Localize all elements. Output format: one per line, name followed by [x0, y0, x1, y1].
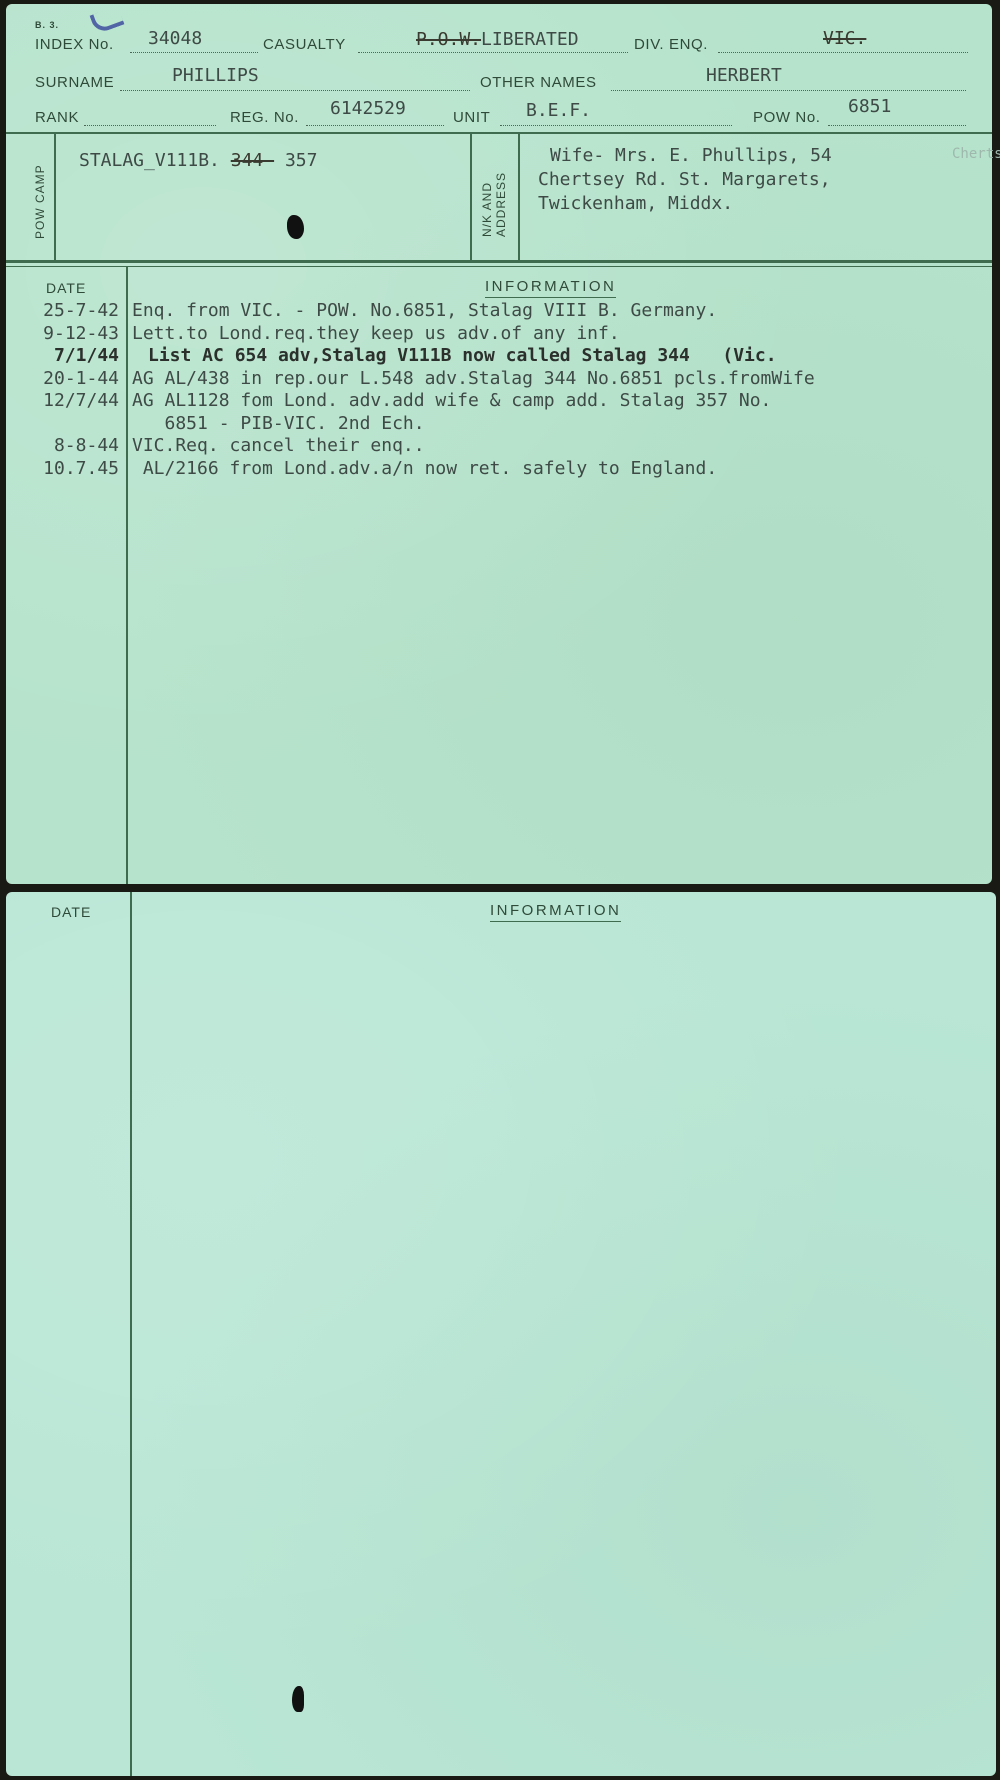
log-info: Lett.to Lond.req.they keep us adv.of any… — [132, 323, 620, 344]
log-date: 7/1/44 — [6, 345, 119, 366]
pow-no-dots — [828, 125, 966, 126]
pow-camp-label-divider — [54, 134, 56, 260]
index-value: 34048 — [148, 28, 202, 49]
casualty-struck: P.O.W. — [416, 29, 481, 50]
pow-no-label: POW No. — [753, 109, 821, 126]
date-column-divider-back — [130, 892, 132, 1776]
nok-label-line2: ADDRESS — [494, 172, 508, 237]
surname-dots — [120, 90, 470, 91]
nok-line-3: Twickenham, Middx. — [538, 192, 832, 216]
log-info: Enq. from VIC. - POW. No.6851, Stalag VI… — [132, 300, 717, 321]
unit-label: UNIT — [453, 109, 490, 126]
log-date: 8-8-44 — [6, 435, 119, 456]
index-card-back: DATE INFORMATION — [6, 892, 996, 1776]
casualty-dots — [358, 52, 628, 53]
surname-value: PHILLIPS — [172, 65, 259, 86]
other-names-dots — [611, 90, 966, 91]
log-date: 12/7/44 — [6, 390, 119, 411]
log-info: AG AL1128 fom Lond. adv.add wife & camp … — [132, 390, 771, 411]
nok-line-1: Wife- Mrs. E. Phullips, 54 — [538, 144, 832, 168]
log-date: 25-7-42 — [6, 300, 119, 321]
date-header-back: DATE — [51, 904, 91, 920]
unit-dots — [500, 125, 732, 126]
log-info: VIC.Req. cancel their enq.. — [132, 435, 425, 456]
pow-no-value: 6851 — [848, 96, 891, 117]
date-column-divider — [126, 267, 128, 884]
log-date: 9-12-43 — [6, 323, 119, 344]
unit-value: B.E.F. — [526, 100, 591, 121]
div-enq-value: VIC. — [823, 28, 866, 49]
faint-overprint: Chertsey — [952, 146, 1000, 162]
nok-label-line1: N/K AND — [480, 182, 494, 237]
div-enq-label: DIV. ENQ. — [634, 36, 708, 53]
other-names-label: OTHER NAMES — [480, 74, 597, 91]
surname-label: SURNAME — [35, 74, 114, 91]
log-info: List AC 654 adv,Stalag V111B now called … — [148, 345, 777, 366]
pow-camp-label: POW CAMP — [33, 164, 47, 239]
rank-label: RANK — [35, 109, 79, 126]
pow-camp-prefix: STALAG_V111B. — [79, 150, 220, 171]
nok-left-divider — [470, 134, 472, 260]
reg-no-dots — [306, 125, 444, 126]
log-info: 6851 - PIB-VIC. 2nd Ech. — [132, 413, 425, 434]
casualty-value: P.O.W.LIBERATED — [416, 29, 579, 50]
nok-label: N/K ANDADDRESS — [480, 172, 508, 237]
log-info: AG AL/438 in rep.our L.548 adv.Stalag 34… — [132, 368, 815, 389]
log-info: AL/2166 from Lond.adv.a/n now ret. safel… — [132, 458, 717, 479]
nok-line-2: Chertsey Rd. St. Margarets, — [538, 168, 832, 192]
reg-no-value: 6142529 — [330, 98, 406, 119]
pow-camp-struck: 344- — [231, 150, 274, 171]
divider-log — [6, 260, 992, 263]
punch-hole-back — [292, 1686, 304, 1712]
casualty-text: LIBERATED — [481, 29, 579, 50]
information-header: INFORMATION — [485, 278, 616, 298]
log-date: 10.7.45 — [6, 458, 119, 479]
checkmark-icon — [89, 5, 124, 34]
casualty-label: CASUALTY — [263, 36, 346, 53]
index-card-front: B. 3. INDEX No. 34048 CASUALTY P.O.W.LIB… — [6, 4, 992, 884]
index-dots — [130, 52, 258, 53]
form-code: B. 3. — [35, 20, 59, 30]
div-enq-dots — [718, 52, 968, 53]
nok-address: Wife- Mrs. E. Phullips, 54 Chertsey Rd. … — [538, 144, 832, 216]
divider-log-thin — [6, 266, 992, 267]
index-label: INDEX No. — [35, 36, 114, 53]
punch-hole — [287, 215, 304, 239]
log-date: 20-1-44 — [6, 368, 119, 389]
reg-no-label: REG. No. — [230, 109, 299, 126]
information-header-back: INFORMATION — [490, 902, 621, 922]
pow-camp-value: STALAG_V111B. 344- 357 — [79, 150, 317, 171]
nok-label-divider — [518, 134, 520, 260]
rank-dots — [84, 125, 216, 126]
pow-camp-suffix: 357 — [285, 150, 318, 171]
divider-header — [6, 132, 992, 134]
other-names-value: HERBERT — [706, 65, 782, 86]
date-header: DATE — [46, 280, 86, 296]
